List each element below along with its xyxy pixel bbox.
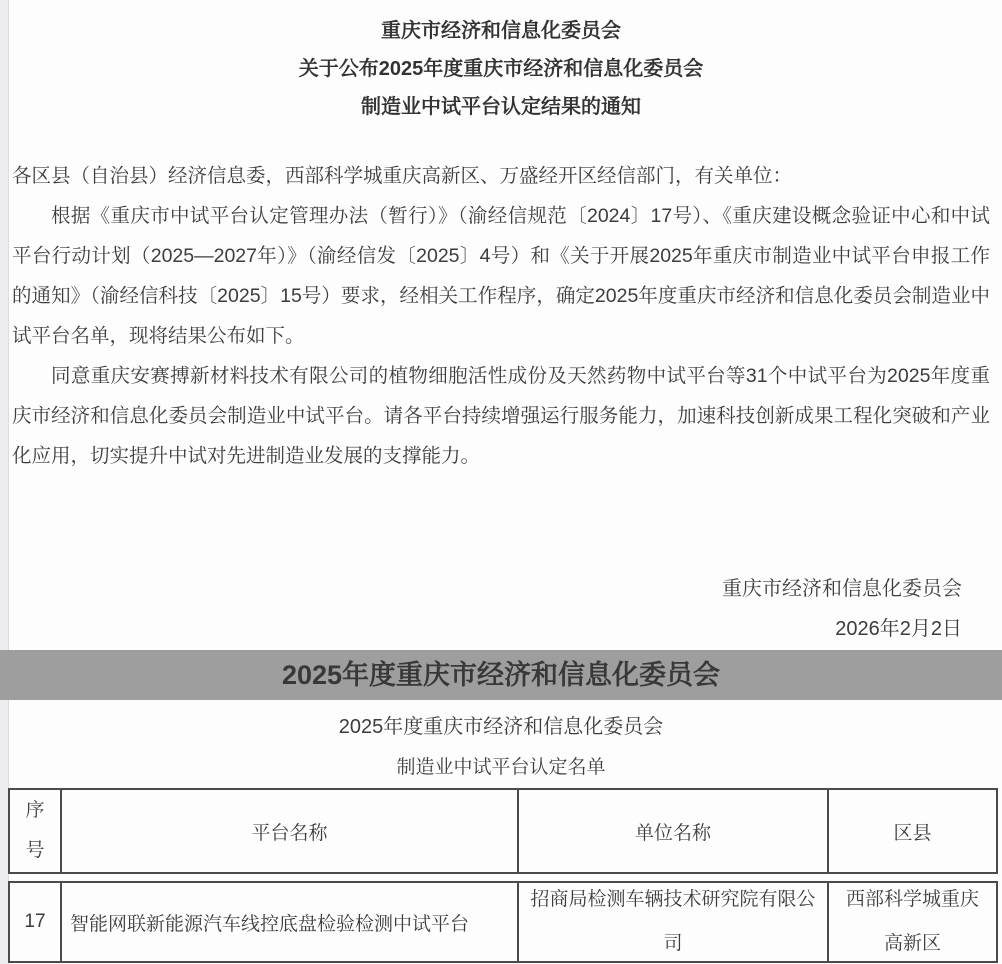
notice-salutation: 各区县（自治县）经济信息委，西部科学城重庆高新区、万盛经开区经信部门，有关单位： bbox=[12, 156, 990, 196]
table-header-no: 序号 bbox=[10, 790, 60, 872]
table-header-district: 区县 bbox=[827, 790, 996, 872]
notice-signature: 重庆市经济和信息化委员会 bbox=[722, 572, 962, 601]
table-cell-unit: 招商局检测车辆技术研究院有限公司 bbox=[517, 883, 827, 961]
document-page: 重庆市经济和信息化委员会 关于公布2025年度重庆市经济和信息化委员会 制造业中… bbox=[0, 0, 1002, 964]
table-cell-no: 17 bbox=[10, 883, 60, 961]
list-subtitle-line-1: 2025年度重庆市经济和信息化委员会 bbox=[0, 710, 1002, 739]
notice-title: 重庆市经济和信息化委员会 关于公布2025年度重庆市经济和信息化委员会 制造业中… bbox=[0, 12, 1002, 126]
notice-body: 各区县（自治县）经济信息委，西部科学城重庆高新区、万盛经开区经信部门，有关单位：… bbox=[12, 156, 990, 476]
table-cell-platform: 智能网联新能源汽车线控底盘检验检测中试平台 bbox=[60, 883, 517, 961]
notice-title-line-1: 重庆市经济和信息化委员会 bbox=[0, 12, 1002, 50]
table-header-row: 序号 平台名称 单位名称 区县 bbox=[8, 788, 998, 874]
table-header-unit: 单位名称 bbox=[517, 790, 827, 872]
table-header-platform: 平台名称 bbox=[60, 790, 517, 872]
platform-table: 序号 平台名称 单位名称 区县 17 智能网联新能源汽车线控底盘检验检测中试平台… bbox=[8, 788, 998, 963]
notice-paragraph-2: 同意重庆安赛搏新材料技术有限公司的植物细胞活性成份及天然药物中试平台等31个中试… bbox=[12, 356, 990, 476]
table-row: 17 智能网联新能源汽车线控底盘检验检测中试平台 招商局检测车辆技术研究院有限公… bbox=[8, 881, 998, 963]
banner: 2025年度重庆市经济和信息化委员会 bbox=[0, 650, 1002, 700]
notice-date: 2026年2月2日 bbox=[835, 612, 962, 641]
banner-title: 2025年度重庆市经济和信息化委员会 bbox=[0, 650, 1002, 700]
notice-title-line-2: 关于公布2025年度重庆市经济和信息化委员会 bbox=[0, 50, 1002, 88]
list-subtitle-line-2: 制造业中试平台认定名单 bbox=[0, 752, 1002, 779]
table-cell-district: 西部科学城重庆高新区 bbox=[827, 883, 996, 961]
notice-title-line-3: 制造业中试平台认定结果的通知 bbox=[0, 88, 1002, 126]
notice-paragraph-1: 根据《重庆市中试平台认定管理办法（暂行）》（渝经信规范〔2024〕17号）、《重… bbox=[12, 196, 990, 356]
